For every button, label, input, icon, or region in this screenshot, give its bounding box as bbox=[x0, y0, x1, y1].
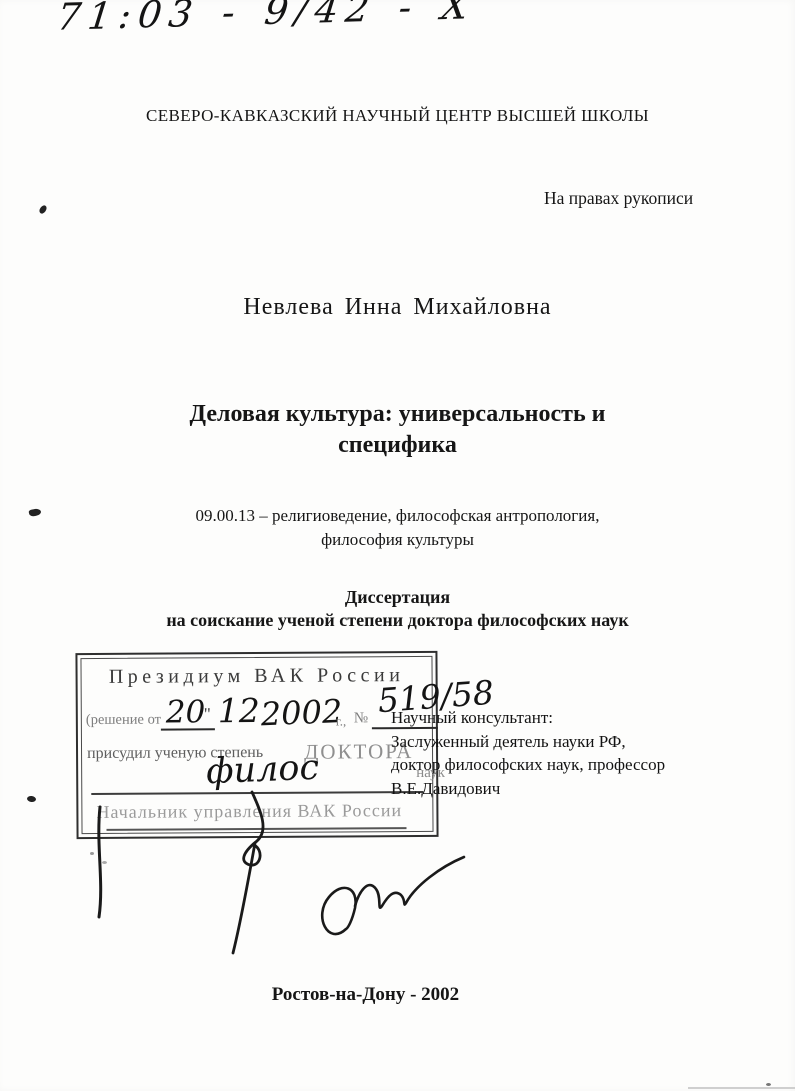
specialty-code: 09.00.13 – религиоведение, философская а… bbox=[0, 504, 795, 552]
specialty-line-1: 09.00.13 – религиоведение, философская а… bbox=[0, 504, 795, 528]
ink-speck bbox=[766, 1083, 771, 1086]
consultant-line-1: Заслуженный деятель науки РФ, bbox=[391, 730, 665, 754]
title-line-2: специфика bbox=[0, 430, 795, 461]
signature-consultant-flourish bbox=[355, 857, 464, 908]
thesis-line-2: на соискание ученой степени доктора фило… bbox=[0, 609, 795, 632]
vak-stamp-box: Президиум ВАК России (решение от 20 " 12… bbox=[75, 651, 438, 839]
consultant-line-2: доктор философских наук, профессор bbox=[391, 753, 665, 777]
handwritten-catalog-code: 71:03 - 9/42 - Х bbox=[55, 0, 477, 39]
handwritten-day: 20 bbox=[166, 694, 206, 730]
stamp-decision-prefix: (решение от bbox=[86, 712, 161, 729]
manuscript-note: На правах рукописи bbox=[544, 188, 693, 209]
handwritten-degree-field: филос bbox=[205, 748, 319, 793]
dissertation-title: Деловая культура: универсальность и спец… bbox=[0, 399, 795, 461]
thesis-statement: Диссертация на соискание ученой степени … bbox=[0, 586, 795, 632]
consultant-block: Научный консультант: Заслуженный деятель… bbox=[391, 706, 665, 800]
institution-header: СЕВЕРО-КАВКАЗСКИЙ НАУЧНЫЙ ЦЕНТР ВЫСШЕЙ Ш… bbox=[0, 106, 795, 126]
signature-consultant-o bbox=[322, 888, 355, 934]
handwritten-month: 12 bbox=[218, 691, 260, 730]
scanned-title-page: 71:03 - 9/42 - Х СЕВЕРО-КАВКАЗСКИЙ НАУЧН… bbox=[0, 0, 795, 1091]
title-line-1: Деловая культура: универсальность и bbox=[0, 399, 795, 430]
consultant-line-3: В.Е.Давидович bbox=[391, 777, 665, 801]
stamp-close-quote: " bbox=[204, 704, 211, 724]
specialty-line-2: философия культуры bbox=[0, 528, 795, 552]
signature-official-tail bbox=[233, 843, 255, 953]
stamp-number-label: № bbox=[354, 710, 368, 727]
thesis-line-1: Диссертация bbox=[0, 586, 795, 609]
stamp-official-title: Начальник управления ВАК России bbox=[96, 800, 402, 823]
ink-speck bbox=[90, 852, 94, 855]
ink-speck bbox=[102, 861, 107, 864]
scan-edge-artifact bbox=[688, 1087, 795, 1089]
ink-speck bbox=[38, 204, 48, 215]
ink-speck bbox=[27, 795, 37, 802]
author-name: Невлева Инна Михайловна bbox=[0, 294, 795, 321]
handwritten-year: 2002 bbox=[260, 692, 343, 733]
city-year: Ростов-на-Дону - 2002 bbox=[0, 984, 731, 1006]
stamp-year-suffix: г., bbox=[336, 713, 346, 729]
consultant-label: Научный консультант: bbox=[391, 706, 665, 730]
day-blank-line bbox=[161, 728, 215, 730]
